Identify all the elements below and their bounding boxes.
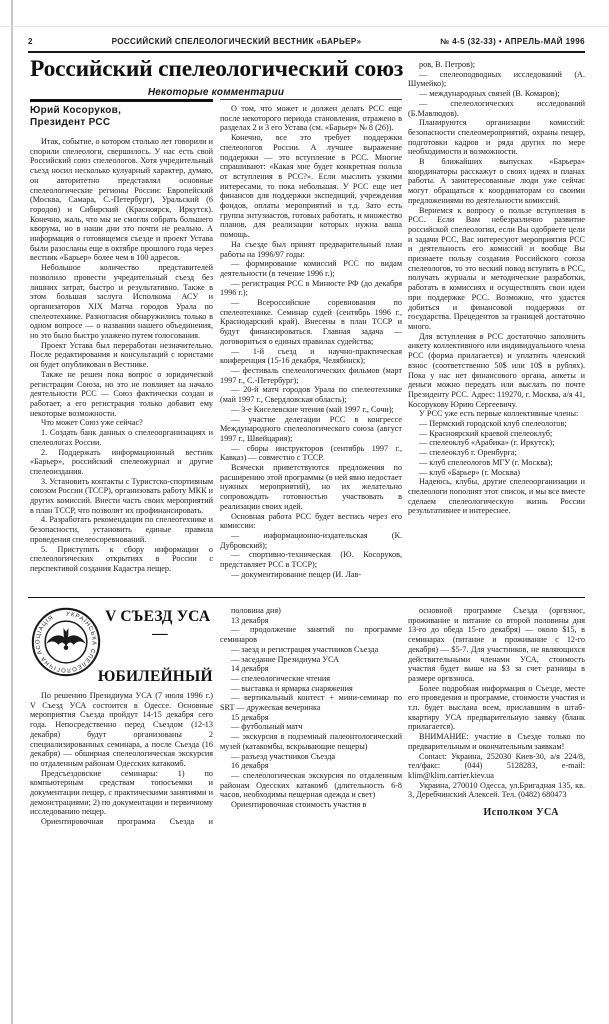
- congress-column-2-text: половина дня)13 декабря— продолжение зан…: [220, 606, 402, 810]
- paragraph: — документирование пещер (И. Лав-: [220, 570, 402, 580]
- paragraph: 15 декабря: [220, 713, 402, 723]
- issue-info: № 4-5 (32-33) • АПРЕЛЬ-МАЙ 1996: [440, 37, 585, 46]
- paragraph: — клуб «Барьер» (г. Москва): [408, 468, 585, 478]
- congress-column-1-text: По решению Президиума УСА (7 июля 1996 г…: [30, 691, 213, 828]
- paragraph: — заезд и регистрация участников Съезда: [220, 645, 402, 655]
- paragraph: У РСС уже есть первые коллективные члены…: [408, 409, 585, 419]
- paragraph: — спелеоклуб «Арабика» (г. Иркутск);: [408, 438, 585, 448]
- article-title: Российский спелеологический союз: [30, 56, 402, 83]
- page-header: 2 РОССИЙСКИЙ СПЕЛЕОЛОГИЧЕСКИЙ ВЕСТНИК «Б…: [28, 37, 585, 53]
- congress-column-2: половина дня)13 декабря— продолжение зан…: [220, 606, 402, 828]
- paragraph: Основная работа РСС будет вестись через …: [220, 512, 402, 531]
- scan-edge-artifact: [11, 0, 13, 1024]
- paragraph: О том, что может и должен делать РСС еще…: [220, 104, 402, 133]
- paragraph: — разъезд участников Съезда: [220, 752, 402, 762]
- congress-signature: Исполком УСА: [408, 808, 585, 818]
- page-number: 2: [28, 37, 33, 46]
- paragraph: — футбольный матч: [220, 722, 402, 732]
- paragraph: — спелеологическая экскурсия по отдаленн…: [220, 771, 402, 800]
- article-column-2: О том, что может и должен делать РСС еще…: [220, 99, 402, 602]
- paragraph: 3. Установить контакты с Туристско-спорт…: [30, 477, 213, 516]
- paragraph: — 1-й съезд и научно-практическая конфер…: [220, 347, 402, 366]
- paragraph: Ориентировочная программа Съезда и сопут…: [30, 817, 213, 828]
- paragraph: 1. Создать банк данных о спелеоорганизац…: [30, 428, 213, 447]
- article-subtitle: Некоторые комментарии: [30, 87, 402, 98]
- paragraph: — спелеологические чтения: [220, 674, 402, 684]
- scan-edge-artifact: [0, 26, 609, 27]
- paragraph: Итак, событие, о котором столько лет гов…: [30, 137, 213, 263]
- paragraph: ров, В. Петров);: [408, 60, 585, 70]
- paragraph: Contact: Украина, 252030 Киев-30, а/я 22…: [408, 752, 585, 781]
- paragraph: — фестиваль спелеологических фильмов (ма…: [220, 366, 402, 385]
- paragraph: 4. Разработать рекомендации по спелеотех…: [30, 515, 213, 544]
- congress-column-3: основной программе Съезда (оргвзнос, про…: [408, 606, 585, 828]
- paragraph: Ориентировочная стоимость участия в: [220, 800, 402, 810]
- paragraph: — заседание Президиума УСА: [220, 655, 402, 665]
- paragraph: — спортивно-техническая (Ю. Косоруков, п…: [220, 550, 402, 569]
- paragraph: — экскурсия в подземный палеонтологическ…: [220, 732, 402, 751]
- paragraph: половина дня): [220, 606, 402, 616]
- author-name: Юрий Косоруков,: [30, 105, 213, 117]
- paragraph: 13 декабря: [220, 616, 402, 626]
- paragraph: — клуб спелеологов МГУ (г. Москва);: [408, 458, 585, 468]
- article-column-3-text: ров, В. Петров);— спелеоподводных исслед…: [408, 60, 585, 516]
- paragraph: 5. Приступить к сбору информации о спеле…: [30, 545, 213, 574]
- paragraph: — информационно-издательская (К. Дубровс…: [220, 531, 402, 550]
- paragraph: Предсъездовские семинары: 1) по компьюте…: [30, 769, 213, 818]
- paragraph: В ближайших выпусках «Барьера» координат…: [408, 157, 585, 206]
- paragraph: — Всероссийские соревнования по спелеоте…: [220, 298, 402, 347]
- paragraph: — спелеоклуб г. Оренбурга;: [408, 448, 585, 458]
- paragraph: ВНИМАНИЕ: участие в Съезде только по пре…: [408, 732, 585, 751]
- paragraph: 2. Поддержать информационный вестник «Ба…: [30, 448, 213, 477]
- paragraph: Небольшое количество представителей позв…: [30, 263, 213, 341]
- article-column-3: ров, В. Петров);— спелеоподводных исслед…: [408, 60, 585, 597]
- paragraph: 16 декабря: [220, 761, 402, 771]
- paragraph: — регистрация РСС в Минюсте РФ (до декаб…: [220, 279, 402, 298]
- paragraph: — 3-е Киселевские чтения (май 1997 г., С…: [220, 405, 402, 415]
- paragraph: Для вступления в РСС достаточно заполнит…: [408, 332, 585, 410]
- article-column-1: Юрий Косоруков, Президент РСС Итак, собы…: [30, 99, 213, 597]
- paragraph: Планируются организации комиссий: безопа…: [408, 118, 585, 157]
- paragraph: — выставка и ярмарка снаряжения: [220, 684, 402, 694]
- paragraph: — спелеологических исследований (Б.Мавлю…: [408, 99, 585, 118]
- paragraph: — Красноярский краевой спелеоклуб;: [408, 429, 585, 439]
- paragraph: — сборы инструкторов (сентябрь 1997 г., …: [220, 444, 402, 463]
- paragraph: Вернемся к вопросу о пользе вступления в…: [408, 206, 585, 332]
- paragraph: Более подробная информация о Съезде, мес…: [408, 684, 585, 733]
- paragraph: Украина, 270010 Одесса, ул.Бригадная 135…: [408, 781, 585, 800]
- paragraph: Конечно, все это требует поддержки спеле…: [220, 133, 402, 240]
- paragraph: По решению Президиума УСА (7 июля 1996 г…: [30, 691, 213, 769]
- article-column-2-text: О том, что может и должен делать РСС еще…: [220, 104, 402, 579]
- paragraph: — международных связей (В. Комаров);: [408, 89, 585, 99]
- paragraph: — формирование комиссий РСС по видам дея…: [220, 259, 402, 278]
- author-role: Президент РСС: [30, 117, 213, 129]
- paragraph: — спелеоподводных исследований (А. Шумей…: [408, 70, 585, 89]
- article-column-1-text: Итак, событие, о котором столько лет гов…: [30, 137, 213, 574]
- paragraph: — участие делегации РСС в конгрессе Межд…: [220, 415, 402, 444]
- paragraph: Проект Устава был переработан незначител…: [30, 341, 213, 370]
- author-block: Юрий Косоруков, Президент РСС: [30, 99, 213, 128]
- paragraph: — Пермский городской клуб спелеологов;: [408, 419, 585, 429]
- paragraph: Всячески приветствуются предложения по р…: [220, 463, 402, 512]
- paragraph: основной программе Съезда (оргвзнос, про…: [408, 606, 585, 684]
- congress-column-1: УКРАЇНСЬКА СПЕЛЕОЛОГІЧНА АСОЦІАЦІЯ V СЪЕ…: [30, 606, 213, 828]
- paragraph: 14 декабря: [220, 664, 402, 674]
- journal-title: РОССИЙСКИЙ СПЕЛЕОЛОГИЧЕСКИЙ ВЕСТНИК «БАР…: [112, 37, 362, 46]
- section-divider: [28, 597, 585, 598]
- paragraph: — продолжение занятий по программе семин…: [220, 625, 402, 644]
- usa-emblem-icon: УКРАЇНСЬКА СПЕЛЕОЛОГІЧНА АСОЦІАЦІЯ: [30, 606, 102, 678]
- article-title-block: Российский спелеологический союз Некотор…: [30, 56, 402, 98]
- paragraph: Что может Союз уже сейчас?: [30, 418, 213, 428]
- paragraph: Также не решен пока вопрос о юридической…: [30, 370, 213, 419]
- paragraph: — 20-й матч городов Урала по спелеотехни…: [220, 385, 402, 404]
- congress-column-3-text: основной программе Съезда (оргвзнос, про…: [408, 606, 585, 800]
- paragraph: На съезде был принят предварительный пла…: [220, 240, 402, 259]
- paragraph: — вертикальный контест + мини-семинар по…: [220, 693, 402, 712]
- paragraph: Надеюсь, клубы, другие спелеоорганизации…: [408, 477, 585, 516]
